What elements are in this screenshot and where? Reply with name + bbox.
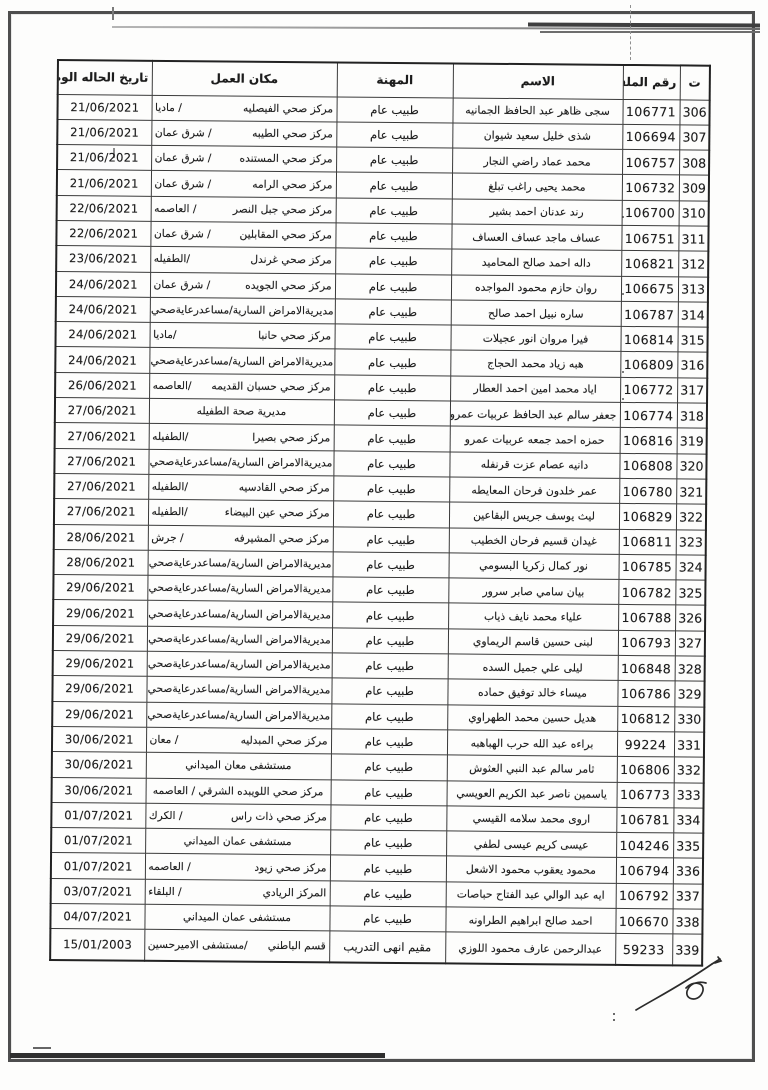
cell-profession: طبيب عام	[331, 704, 447, 730]
cell-name: داله احمد صالح المحاميد	[451, 249, 621, 276]
workplace-main: مركز صحي الجويده	[245, 279, 331, 292]
workplace-main: مديرية صحة الطفيله	[197, 405, 287, 418]
workplace-region: / الكرك	[149, 810, 183, 822]
cell-workplace: مركز صحي غرندل/الطفيله	[150, 247, 335, 274]
cell-file-no: 106694	[622, 124, 679, 150]
workplace-text: مركز صحي الطيبه/ شرق عمان	[155, 127, 333, 141]
cell-file-no: 106774	[620, 402, 677, 428]
cell-profession: طبيب عام	[332, 602, 448, 628]
scan-dashed-mark	[630, 5, 631, 60]
cell-workplace: مديريةالامراض السارية/مساعدرعايةصحي	[147, 550, 332, 577]
workplace-region: / شرق عمان	[154, 228, 211, 240]
cell-file-no: 106848	[618, 655, 675, 681]
cell-status-date: 30/06/2021	[52, 726, 146, 752]
cell-status-date: 30/06/2021	[52, 777, 146, 803]
cell-profession: طبيب عام	[331, 729, 447, 755]
workplace-main: مديريةالامراض السارية/مساعدرعايةصحي	[147, 709, 330, 723]
cell-name: ليث يوسف جريس البقاعين	[449, 502, 619, 529]
cell-profession: طبيب عام	[334, 425, 450, 451]
cell-status-date: 24/06/2021	[56, 271, 150, 297]
workplace-main: مستشفى معان الميداني	[185, 760, 291, 773]
workplace-main: مركز صحي حسبان القديمه	[211, 380, 330, 393]
cell-workplace: مركز صحي المشيرفه/ جرش	[148, 525, 333, 552]
records-tbody: 306106771سجى ظاهر عبد الحافظ الجمانيهطبي…	[50, 94, 710, 965]
cell-workplace: مركز صحي المقابلين/ شرق عمان	[150, 221, 335, 248]
workplace-region: / العاصمه	[148, 860, 190, 872]
cell-status-date: 21/06/2021	[57, 145, 151, 171]
cell-profession: طبيب عام	[335, 223, 451, 249]
cell-profession: طبيب عام	[336, 198, 452, 224]
cell-status-date: 27/06/2021	[54, 473, 148, 499]
workplace-text: مركز صحي الرامه/ شرق عمان	[154, 177, 332, 191]
cell-profession: طبيب عام	[333, 476, 449, 502]
cell-status-date: 01/07/2021	[51, 853, 145, 879]
cell-serial: 325	[675, 580, 705, 606]
workplace-main: مركز صحي المقابلين	[240, 229, 333, 242]
cell-workplace: مديريةالامراض السارية/مساعدرعايةصحي	[147, 601, 332, 628]
cell-profession: طبيب عام	[330, 855, 446, 881]
cell-name: ايه عبد الوالي عبد الفتاح حباصات	[446, 882, 616, 909]
cell-profession: طبيب عام	[331, 754, 447, 780]
cell-workplace: مركز صحي ذات راس/ الكرك	[145, 803, 330, 830]
workplace-main: مديريةالامراض السارية/مساعدرعايةصحي	[150, 456, 333, 470]
cell-status-date: 01/07/2021	[51, 802, 145, 828]
cell-serial: 330	[674, 707, 704, 733]
cell-serial: 310	[679, 201, 709, 227]
cell-workplace: مديريةالامراض السارية/مساعدرعايةصحي	[147, 626, 332, 653]
workplace-main: مديريةالامراض السارية/مساعدرعايةصحي	[150, 354, 333, 368]
workplace-text: مركز صحي اللويبده الشرقي / العاصمه	[149, 784, 327, 798]
cell-serial: 335	[673, 833, 703, 859]
cell-workplace: مركز صحي الطيبه/ شرق عمان	[151, 120, 336, 147]
cell-profession: طبيب عام	[335, 274, 451, 300]
cell-status-date: 28/06/2021	[54, 549, 148, 575]
workplace-text: مديريةالامراض السارية/مساعدرعايةصحي	[151, 607, 329, 621]
workplace-main: مديريةالامراض السارية/مساعدرعايةصحي	[148, 658, 331, 672]
cell-profession: طبيب عام	[332, 653, 448, 679]
cell-serial: 314	[678, 302, 708, 328]
workplace-main: مديريةالامراض السارية/مساعدرعايةصحي	[149, 557, 332, 571]
cell-profession: طبيب عام	[332, 552, 448, 578]
cell-serial: 312	[678, 251, 708, 277]
cell-file-no: 106829	[619, 504, 676, 530]
cell-profession: طبيب عام	[334, 400, 450, 426]
cell-status-date: 27/06/2021	[54, 499, 148, 525]
workplace-region: /الطفيله	[151, 506, 187, 518]
table-row: 33959233عبدالرحمن عارف محمود اللوزيمقيم …	[50, 929, 702, 966]
scan-tick-mark	[112, 7, 114, 20]
scan-artifact-bottom-line	[10, 1053, 385, 1058]
cell-file-no: 106806	[617, 757, 674, 783]
cell-status-date: 24/06/2021	[55, 347, 149, 373]
cell-profession: طبيب عام	[336, 172, 452, 198]
workplace-main: مركز صحي حانبا	[258, 330, 331, 343]
cell-name: احمد صالح ابراهيم الطراونه	[445, 907, 615, 934]
cell-profession: طبيب عام	[331, 678, 447, 704]
cell-status-date: 23/06/2021	[56, 246, 150, 272]
col-header-profession: المهنة	[337, 62, 453, 97]
workplace-main: مركز صحي عين البيضاء	[225, 507, 330, 520]
workplace-main: مركز صحي ذات راس	[231, 811, 327, 824]
workplace-text: مركز صحي المقابلين/ شرق عمان	[154, 228, 332, 242]
cell-profession: طبيب عام	[334, 349, 450, 375]
col-header-workplace: مكان العمل	[152, 61, 337, 97]
scan-colon-mark	[613, 1013, 615, 1015]
workplace-text: مديريةالامراض السارية/مساعدرعايةصحي	[152, 456, 330, 470]
workplace-main: مركز صحي الطيبه	[252, 128, 333, 141]
cell-profession: طبيب عام	[332, 628, 448, 654]
cell-workplace: قسم الباطني/مستشفى الاميرحسين	[144, 930, 329, 963]
col-header-file-no: رقم الملف	[623, 65, 680, 99]
cell-serial: 327	[675, 631, 705, 657]
cell-name: ليلى علي جميل السده	[448, 654, 618, 681]
cell-status-date: 27/06/2021	[55, 398, 149, 424]
workplace-region: / ماديا	[155, 101, 182, 113]
cell-file-no: 106816	[620, 428, 677, 454]
cell-profession: طبيب عام	[332, 577, 448, 603]
cell-serial: 319	[677, 428, 707, 454]
cell-serial: 333	[673, 782, 703, 808]
cell-profession: طبيب عام	[334, 324, 450, 350]
workplace-region: / معان	[150, 734, 179, 746]
cell-name: بيان سامي صابر سرور	[448, 578, 618, 605]
cell-workplace: مركز صحي المبدليه/ معان	[146, 727, 331, 754]
workplace-text: مركز صحي حسبان القديمه/العاصمه	[153, 380, 331, 394]
cell-serial: 326	[675, 605, 705, 631]
cell-file-no: 106772	[620, 377, 677, 403]
workplace-text: مستشفى عمان الميداني	[149, 835, 327, 849]
workplace-text: مركز صحي جبل النصر/ العاصمه	[154, 203, 332, 217]
cell-name: غيدان قسيم فرحان الخطيب	[449, 527, 619, 554]
cell-profession: طبيب عام	[336, 147, 452, 173]
cell-name: ياسمين ناصر عبد الكريم العويسي	[446, 780, 616, 807]
workplace-text: مديريةالامراض السارية/مساعدرعايةصحي	[151, 557, 329, 571]
cell-status-date: 24/06/2021	[56, 296, 150, 322]
cell-workplace: مركز صحي عين البيضاء/الطفيله	[148, 500, 333, 527]
cell-status-date: 29/06/2021	[53, 600, 147, 626]
cell-workplace: مركز صحي القادسيه/الطفيله	[148, 474, 333, 501]
cell-workplace: مركز صحي الفيصليه/ ماديا	[151, 95, 336, 122]
cell-name: هديل حسين محمد الطهراوي	[447, 705, 617, 732]
cell-workplace: مديريةالامراض السارية/مساعدرعايةصحي	[147, 575, 332, 602]
cell-serial: 321	[676, 479, 706, 505]
scan-streak-dark-2	[540, 31, 760, 33]
cell-serial: 324	[675, 555, 705, 581]
cell-status-date: 04/07/2021	[50, 903, 144, 929]
workplace-main: قسم الباطني	[268, 940, 326, 953]
workplace-main: المركز الريادي	[263, 887, 327, 900]
workplace-main: مركز صحي المستنده	[240, 153, 333, 166]
cell-serial: 313	[678, 277, 708, 303]
workplace-text: مستشفى عمان الميداني	[148, 911, 326, 925]
cell-file-no: 106732	[622, 175, 679, 201]
workplace-text: مركز صحي ذات راس/ الكرك	[149, 810, 327, 824]
cell-name: محمود يعقوب محمود الاشعل	[446, 856, 616, 883]
cell-name: هبه زياد محمد الحجاج	[450, 350, 620, 377]
cell-workplace: مستشفى معان الميداني	[146, 753, 331, 780]
cell-file-no: 106793	[618, 630, 675, 656]
cell-status-date: 03/07/2021	[51, 878, 145, 904]
cell-status-date: 22/06/2021	[57, 195, 151, 221]
cell-workplace: مديريةالامراض السارية/مساعدرعايةصحي	[146, 677, 331, 704]
cell-name: براءه عبد الله حرب الهباهبه	[447, 730, 617, 757]
cell-status-date: 29/06/2021	[53, 625, 147, 651]
cell-name: علياء محمد نايف ذياب	[448, 603, 618, 630]
cell-workplace: المركز الريادي/ البلقاء	[145, 879, 330, 906]
cell-profession: طبيب عام	[333, 451, 449, 477]
workplace-text: المركز الريادي/ البلقاء	[148, 886, 326, 900]
cell-name: نور كمال زكريا البسومي	[448, 553, 618, 580]
cell-file-no: 106700	[622, 200, 679, 226]
cell-status-date: 21/06/2021	[57, 119, 151, 145]
cell-name: دانيه عصام عزت قرنفله	[449, 452, 619, 479]
cell-name: محمد عماد راضي النجار	[452, 148, 622, 175]
workplace-region: / شرق عمان	[155, 127, 212, 139]
cell-serial: 318	[677, 403, 707, 429]
cell-profession: طبيب عام	[336, 96, 452, 122]
cell-status-date: 24/06/2021	[55, 322, 149, 348]
scanned-page: ت رقم الملف الاسم المهنة مكان العمل تاري…	[0, 0, 768, 1090]
cell-profession: طبيب عام	[331, 779, 447, 805]
cell-status-date: 29/06/2021	[53, 651, 147, 677]
workplace-main: مديريةالامراض السارية/مساعدرعايةصحي	[148, 607, 331, 621]
workplace-text: مديريةالامراض السارية/مساعدرعايةصحي	[150, 683, 328, 697]
cell-serial: 311	[678, 226, 708, 252]
workplace-text: قسم الباطني/مستشفى الاميرحسين	[148, 939, 326, 953]
cell-name: ميساء خالد توفيق حماده	[447, 679, 617, 706]
signature-scribble-icon	[628, 950, 724, 1016]
cell-name: اياد محمد امين احمد العطار	[450, 376, 620, 403]
workplace-region: / شرق عمان	[154, 177, 211, 189]
cell-status-date: 26/06/2021	[55, 372, 149, 398]
cell-file-no: 106670	[615, 908, 672, 934]
workplace-main: مركز صحي جبل النصر	[233, 203, 332, 216]
workplace-region: / البلقاء	[148, 886, 181, 898]
workplace-region: /الطفيله	[152, 430, 188, 442]
workplace-main: مديريةالامراض السارية/مساعدرعايةصحي	[151, 304, 334, 318]
cell-file-no: 106808	[619, 453, 676, 479]
cell-file-no: 106675	[621, 276, 678, 302]
cell-serial: 331	[674, 732, 704, 758]
workplace-region: /مستشفى الاميرحسين	[148, 939, 248, 952]
cell-serial: 317	[677, 378, 707, 404]
cell-name: فيرا مروان انور عجيلات	[450, 325, 620, 352]
workplace-main: مديريةالامراض السارية/مساعدرعايةصحي	[148, 633, 331, 647]
cell-status-date: 30/06/2021	[52, 752, 146, 778]
workplace-main: مركز صحي بصيرا	[252, 431, 330, 444]
cell-name: لبنى حسين قاسم الريماوي	[448, 629, 618, 656]
workplace-main: مستشفى عمان الميداني	[184, 835, 292, 848]
cell-workplace: مركز صحي اللويبده الشرقي / العاصمه	[146, 778, 331, 805]
col-header-status-date: تاريخ الحاله الوظيفيه	[58, 60, 152, 95]
cell-serial: 315	[677, 327, 707, 353]
col-header-serial: ت	[680, 65, 710, 99]
workplace-region: /الطفيله	[154, 253, 190, 265]
workplace-main: مركز صحي الرامه	[252, 178, 332, 191]
workplace-main: مديريةالامراض السارية/مساعدرعايةصحي	[149, 582, 332, 596]
cell-name: اروى محمد سلامه القيسي	[446, 806, 616, 833]
cell-file-no: 106780	[619, 478, 676, 504]
workplace-region: /الطفيله	[152, 481, 188, 493]
cell-file-no: 99224	[617, 731, 674, 757]
cell-file-no: 106787	[621, 301, 678, 327]
workplace-text: مديريةالامراض السارية/مساعدرعايةصحي	[150, 709, 328, 723]
cell-file-no: 104246	[616, 833, 673, 859]
workplace-region: / شرق عمان	[153, 279, 210, 291]
cell-status-date: 15/01/2003	[50, 929, 144, 961]
workplace-text: مديريةالامراض السارية/مساعدرعايةصحي	[153, 304, 331, 318]
cell-profession: طبيب عام	[333, 501, 449, 527]
workplace-text: مديريةالامراض السارية/مساعدرعايةصحي	[150, 633, 328, 647]
cell-status-date: 21/06/2021	[57, 170, 151, 196]
cell-profession: طبيب عام	[334, 375, 450, 401]
cell-profession: طبيب عام	[329, 906, 445, 932]
workplace-main: مستشفى عمان الميداني	[183, 911, 291, 924]
cell-workplace: مركز صحي الجويده/ شرق عمان	[150, 272, 335, 299]
cell-file-no: 106785	[618, 554, 675, 580]
cell-serial: 329	[674, 681, 704, 707]
cell-serial: 309	[679, 175, 709, 201]
scan-tick-bottom	[33, 1047, 51, 1049]
workplace-text: مركز صحي المستنده/ شرق عمان	[155, 152, 333, 166]
cell-workplace: مديريةالامراض السارية/مساعدرعايةصحي	[150, 297, 335, 324]
cell-workplace: مديريةالامراض السارية/مساعدرعايةصحي	[147, 651, 332, 678]
cell-file-no: 106786	[617, 681, 674, 707]
cell-name: ساره نبيل احمد صالح	[451, 300, 621, 327]
cell-serial: 338	[672, 909, 702, 935]
cell-name: عبدالرحمن عارف محمود اللوزي	[445, 932, 615, 964]
workplace-text: مديريةالامراض السارية/مساعدرعايةصحي	[153, 354, 331, 368]
workplace-main: مركز صحي اللويبده الشرقي / العاصمه	[153, 785, 324, 798]
workplace-region: / جرش	[151, 532, 183, 544]
cell-file-no: 106811	[619, 529, 676, 555]
cell-name: رند عدنان احمد بشير	[452, 199, 622, 226]
cell-workplace: مركز صحي حانبا/ماديا	[149, 322, 334, 349]
cell-file-no: 106771	[622, 99, 679, 125]
cell-name: جعفر سالم عبد الحافظ عربيات عمرو	[450, 401, 620, 428]
cell-serial: 337	[673, 884, 703, 910]
records-table-wrapper: ت رقم الملف الاسم المهنة مكان العمل تاري…	[49, 59, 709, 966]
workplace-main: مديريةالامراض السارية/مساعدرعايةصحي	[148, 683, 331, 697]
workplace-region: /ماديا	[153, 329, 176, 341]
workplace-main: مركز صحي زيود	[254, 861, 326, 874]
cell-workplace: مديرية صحة الطفيله	[149, 398, 334, 425]
workplace-text: مركز صحي غرندل/الطفيله	[154, 253, 332, 267]
workplace-main: مركز صحي المبدليه	[241, 735, 328, 748]
cell-status-date: 29/06/2021	[52, 701, 146, 727]
cell-serial: 322	[676, 504, 706, 530]
cell-name: ثامر سالم عبد النبي العثوش	[447, 755, 617, 782]
records-table: ت رقم الملف الاسم المهنة مكان العمل تاري…	[49, 59, 711, 966]
workplace-region: / العاصمه	[154, 203, 196, 215]
cell-serial: 336	[673, 858, 703, 884]
cell-file-no: 106751	[621, 225, 678, 251]
workplace-region: /العاصمه	[153, 380, 192, 392]
cell-file-no: 106757	[622, 150, 679, 176]
cell-file-no: 106773	[616, 782, 673, 808]
cell-serial: 316	[677, 352, 707, 378]
workplace-text: مركز صحي حانبا/ماديا	[153, 329, 331, 343]
cell-status-date: 01/07/2021	[51, 828, 145, 854]
cell-name: عساف ماجد عساف العساف	[451, 224, 621, 251]
cell-serial: 307	[679, 125, 709, 151]
cell-file-no: 106814	[620, 327, 677, 353]
cell-file-no: 106794	[616, 858, 673, 884]
cell-profession: طبيب عام	[335, 299, 451, 325]
cell-name: عمر خلدون فرحان المعايطه	[449, 477, 619, 504]
cell-profession: طبيب عام	[330, 805, 446, 831]
cell-workplace: مركز صحي بصيرا/الطفيله	[149, 424, 334, 451]
cell-status-date: 27/06/2021	[55, 423, 149, 449]
cell-serial: 323	[676, 529, 706, 555]
cell-workplace: مركز صحي زيود/ العاصمه	[145, 854, 330, 881]
workplace-text: مركز صحي الجويده/ شرق عمان	[153, 279, 331, 293]
cell-workplace: مستشفى عمان الميداني	[144, 904, 329, 931]
cell-status-date: 21/06/2021	[57, 94, 151, 120]
cell-workplace: مركز صحي الرامه/ شرق عمان	[151, 171, 336, 198]
workplace-text: مركز صحي الفيصليه/ ماديا	[155, 101, 333, 115]
cell-name: محمد يحيى راغب تبلغ	[452, 173, 622, 200]
workplace-text: مركز صحي القادسيه/الطفيله	[152, 481, 330, 495]
workplace-text: مركز صحي بصيرا/الطفيله	[152, 430, 330, 444]
cell-serial: 308	[679, 150, 709, 176]
cell-serial: 320	[676, 454, 706, 480]
cell-file-no: 106809	[620, 352, 677, 378]
cell-name: حمزه احمد جمعه عربيات عمرو	[450, 426, 620, 453]
cell-file-no: 106781	[616, 807, 673, 833]
workplace-text: مركز صحي زيود/ العاصمه	[148, 860, 326, 874]
workplace-text: مركز صحي عين البيضاء/الطفيله	[151, 506, 329, 520]
workplace-main: مركز صحي القادسيه	[239, 482, 330, 495]
cell-workplace: مديريةالامراض السارية/مساعدرعايةصحي	[148, 449, 333, 476]
cell-name: عيسى كريم عيسى لطفي	[446, 831, 616, 858]
cell-status-date: 27/06/2021	[54, 448, 148, 474]
workplace-main: مركز صحي الفيصليه	[243, 102, 333, 115]
cell-name: سجى ظاهر عبد الحافظ الجمانيه	[452, 97, 622, 124]
cell-status-date: 29/06/2021	[53, 575, 147, 601]
workplace-main: مركز صحي غرندل	[250, 254, 332, 267]
cell-file-no: 106812	[617, 706, 674, 732]
cell-workplace: مستشفى عمان الميداني	[145, 828, 330, 855]
workplace-text: مديريةالامراض السارية/مساعدرعايةصحي	[151, 582, 329, 596]
cell-file-no: 106782	[618, 580, 675, 606]
cell-workplace: مركز صحي حسبان القديمه/العاصمه	[149, 373, 334, 400]
cell-profession: طبيب عام	[336, 122, 452, 148]
cell-workplace: مديريةالامراض السارية/مساعدرعايةصحي	[149, 348, 334, 375]
cell-serial: 328	[675, 656, 705, 682]
cell-status-date: 28/06/2021	[54, 524, 148, 550]
workplace-text: مركز صحي المبدليه/ معان	[150, 734, 328, 748]
cell-file-no: 106788	[618, 605, 675, 631]
cell-profession: طبيب عام	[330, 881, 446, 907]
col-header-name: الاسم	[453, 63, 623, 98]
cell-serial: 306	[679, 99, 709, 125]
cell-workplace: مركز صحي جبل النصر/ العاصمه	[151, 196, 336, 223]
cell-serial: 334	[673, 808, 703, 834]
cell-profession: طبيب عام	[335, 248, 451, 274]
cell-workplace: مديريةالامراض السارية/مساعدرعايةصحي	[146, 702, 331, 729]
cell-file-no: 106792	[616, 883, 673, 909]
workplace-main: مركز صحي المشيرفه	[234, 532, 329, 545]
workplace-text: مستشفى معان الميداني	[149, 759, 327, 773]
cell-name: شذى خليل سعيد شيوان	[452, 123, 622, 150]
cell-file-no: 106821	[621, 251, 678, 277]
workplace-text: مركز صحي المشيرفه/ جرش	[151, 532, 329, 546]
cell-profession: طبيب عام	[333, 526, 449, 552]
cell-profession: طبيب عام	[330, 830, 446, 856]
workplace-region: / شرق عمان	[155, 152, 212, 164]
header-row: ت رقم الملف الاسم المهنة مكان العمل تاري…	[58, 60, 710, 100]
